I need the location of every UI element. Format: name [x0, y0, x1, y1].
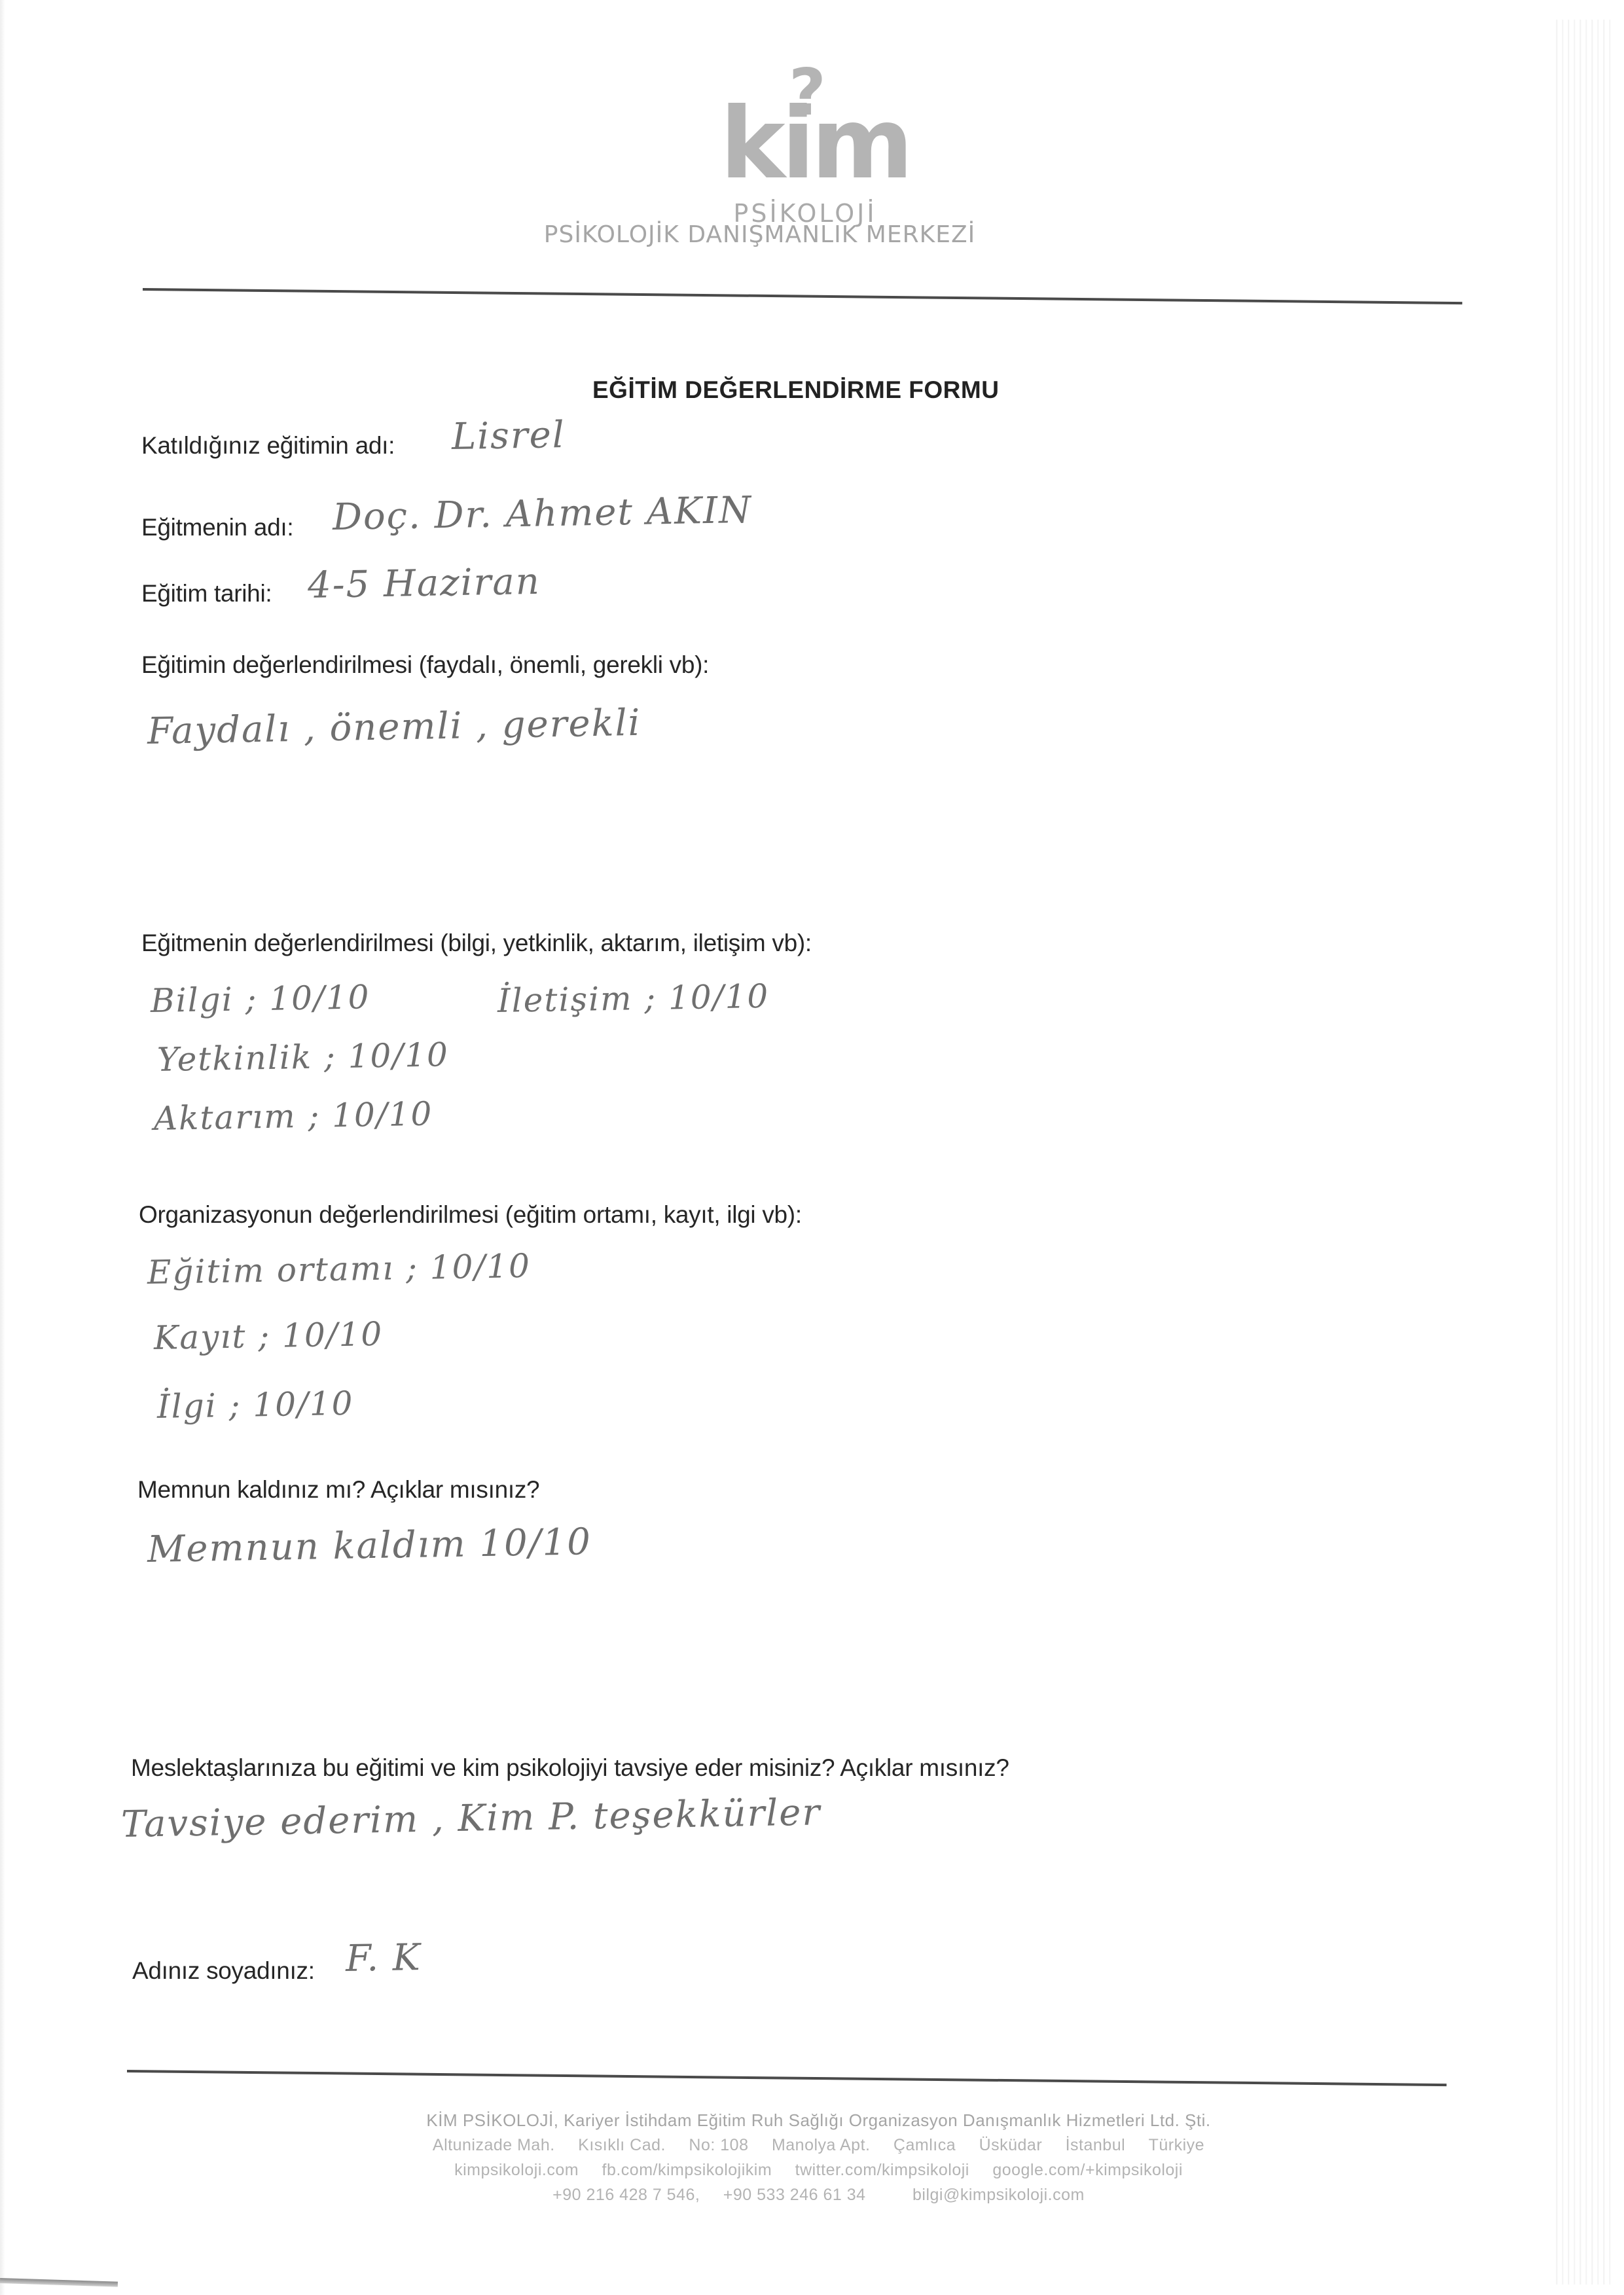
- header-divider: [143, 288, 1462, 304]
- satisfaction-answer: Memnun kaldım 10/10: [147, 1521, 592, 1571]
- logo-tagline: PSİKOLOJİK DANIŞMANLIK MERKEZİ: [0, 221, 1572, 248]
- full-name-label: Adınız soyadınız:: [132, 1957, 315, 1985]
- satisfaction-label: Memnun kaldınız mı? Açıklar mısınız?: [137, 1476, 539, 1504]
- footer-phone: +90 216 428 7 546,: [552, 2186, 700, 2204]
- training-name-answer: Lisrel: [451, 414, 566, 458]
- footer-twitter-link: twitter.com/kimpsikoloji: [795, 2161, 969, 2179]
- training-date-answer: 4-5 Haziran: [307, 560, 541, 607]
- footer: KİM PSİKOLOJİ, Kariyer İstihdam Eğitim R…: [7, 2108, 1624, 2207]
- footer-address-part: Türkiye: [1149, 2136, 1204, 2154]
- footer-address-part: Kısıklı Cad.: [578, 2136, 666, 2154]
- trainer-name-label: Eğitmenin adı:: [141, 514, 293, 541]
- recommendation-answer: Tavsiye ederim , Kim P. teşekkürler: [120, 1791, 821, 1846]
- footer-address-part: Altunizade Mah.: [433, 2136, 555, 2154]
- footer-address-part: İstanbul: [1066, 2136, 1126, 2154]
- trainer-name-answer: Doç. Dr. Ahmet AKIN: [332, 489, 752, 539]
- trainer-evaluation-answer: İletişim ; 10/10: [497, 977, 769, 1020]
- organization-evaluation-label: Organizasyonun değerlendirilmesi (eğitim…: [139, 1201, 802, 1229]
- footer-web: kimpsikoloji.com fb.com/kimpsikolojikim …: [7, 2158, 1624, 2182]
- scanner-corner-shadow: [0, 2278, 118, 2287]
- footer-email: bilgi@kimpsikoloji.com: [912, 2186, 1085, 2204]
- training-name-label: Katıldığınız eğitimin adı:: [141, 432, 395, 460]
- logo-question-icon: ?: [789, 60, 822, 126]
- organization-evaluation-answer: Kayıt ; 10/10: [153, 1315, 383, 1357]
- footer-mobile: +90 533 246 61 34: [723, 2186, 866, 2204]
- scanner-edge-artifact: [1552, 20, 1611, 2285]
- footer-google-link: google.com/+kimpsikoloji: [992, 2161, 1183, 2179]
- footer-address: Altunizade Mah. Kısıklı Cad. No: 108 Man…: [7, 2133, 1624, 2158]
- evaluation-form-page: kim ? PSİKOLOJİ PSİKOLOJİK DANIŞMANLIK M…: [0, 0, 1624, 2295]
- scanner-left-shadow: [0, 0, 5, 2295]
- trainer-evaluation-label: Eğitmenin değerlendirilmesi (bilgi, yetk…: [141, 930, 812, 957]
- organization-evaluation-answer: Eğitim ortamı ; 10/10: [147, 1247, 531, 1292]
- training-date-label: Eğitim tarihi:: [141, 580, 272, 607]
- footer-divider: [127, 2070, 1447, 2086]
- full-name-answer: F. K: [345, 1936, 422, 1980]
- trainer-evaluation-answer: Aktarım ; 10/10: [153, 1095, 433, 1138]
- footer-facebook-link: fb.com/kimpsikolojikim: [602, 2161, 772, 2179]
- company-logo: kim ? PSİKOLOJİ: [720, 98, 890, 228]
- footer-address-part: No: 108: [689, 2136, 748, 2154]
- footer-address-part: Manolya Apt.: [772, 2136, 871, 2154]
- training-evaluation-answer: Faydalı , önemli , gerekli: [147, 702, 641, 753]
- footer-website-link: kimpsikoloji.com: [454, 2161, 579, 2179]
- trainer-evaluation-answer: Yetkinlik ; 10/10: [156, 1036, 449, 1079]
- footer-contact: +90 216 428 7 546, +90 533 246 61 34 bil…: [7, 2182, 1624, 2207]
- footer-address-part: Üsküdar: [979, 2136, 1043, 2154]
- footer-address-part: Çamlıca: [893, 2136, 956, 2154]
- recommendation-label: Meslektaşlarınıza bu eğitimi ve kim psik…: [131, 1754, 1009, 1782]
- trainer-evaluation-answer: Bilgi ; 10/10: [150, 978, 370, 1020]
- form-title: EĞİTİM DEĞERLENDİRME FORMU: [592, 376, 999, 404]
- logo-mark: kim ?: [720, 98, 890, 196]
- footer-company: KİM PSİKOLOJİ, Kariyer İstihdam Eğitim R…: [7, 2108, 1624, 2133]
- training-evaluation-label: Eğitimin değerlendirilmesi (faydalı, öne…: [141, 651, 709, 679]
- organization-evaluation-answer: İlgi ; 10/10: [156, 1384, 353, 1426]
